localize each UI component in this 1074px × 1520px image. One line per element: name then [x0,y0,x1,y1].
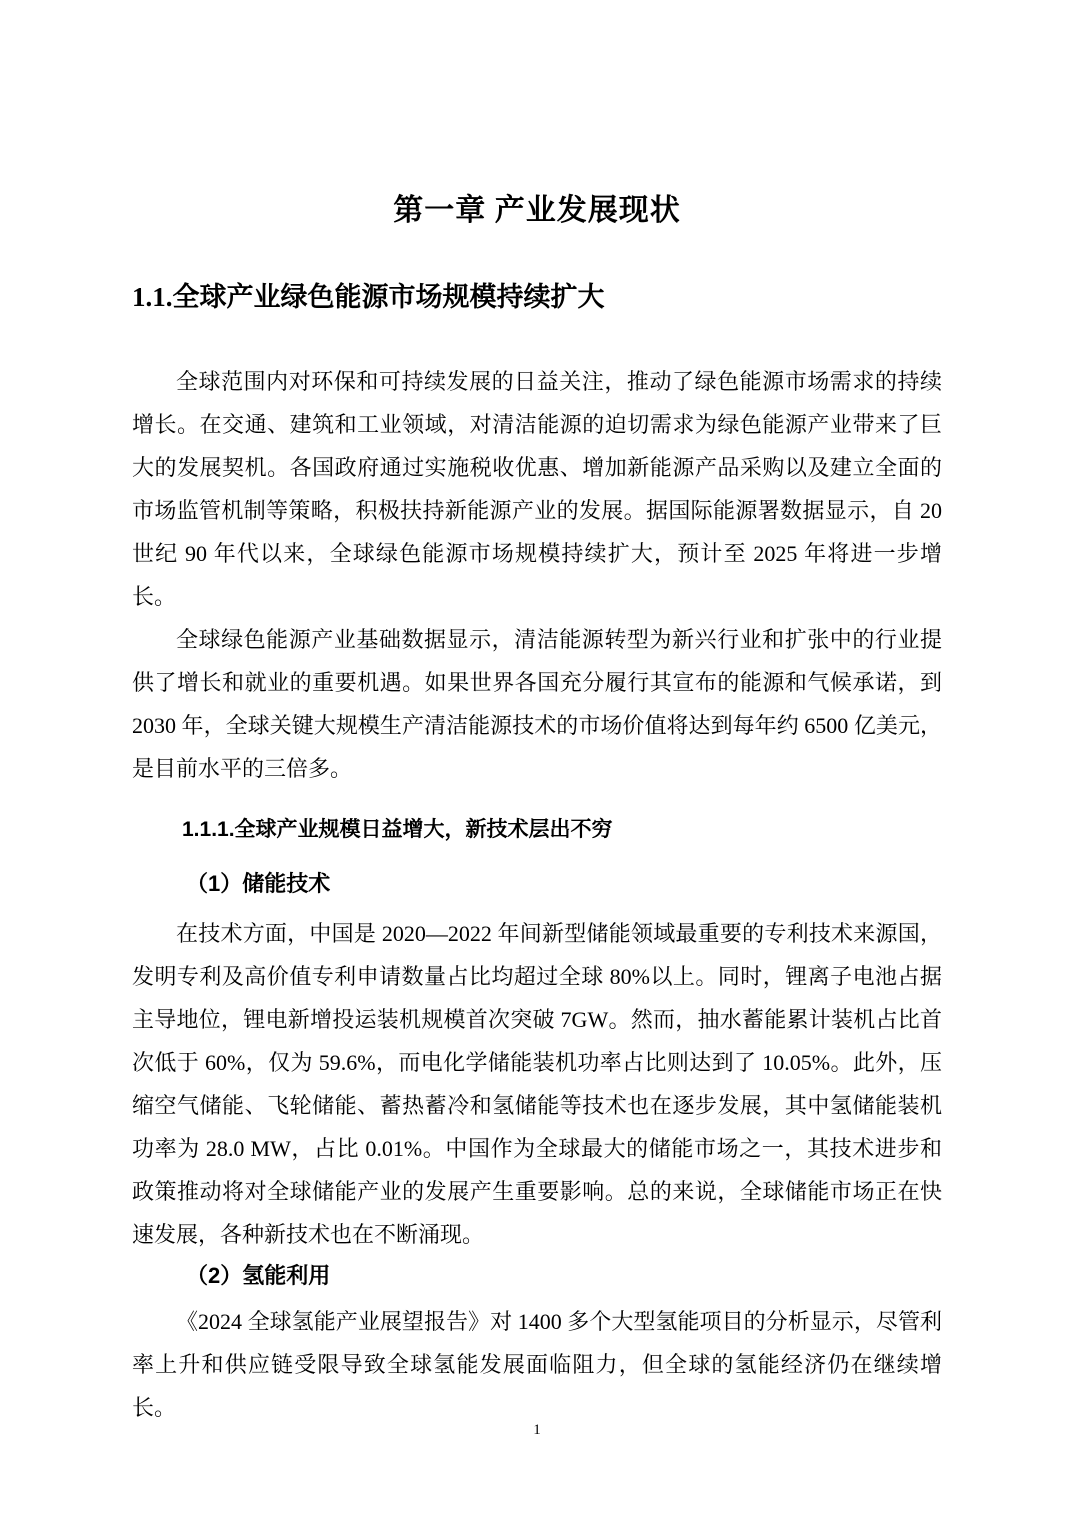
subsection-heading-1-1-1: 1.1.1.全球产业规模日益增大，新技术层出不穷 [132,814,942,846]
paragraph-energy-storage: 在技术方面，中国是 2020—2022 年间新型储能领域最重要的专利技术来源国，… [132,912,942,1256]
section-heading-1-1: 1.1.全球产业绿色能源市场规模持续扩大 [132,278,942,316]
chapter-title: 第一章 产业发展现状 [132,0,942,232]
paragraph-hydrogen: 《2024 全球氢能产业展望报告》对 1400 多个大型氢能项目的分析显示，尽管… [132,1300,942,1429]
item-heading-hydrogen: （2）氢能利用 [132,1260,942,1292]
paragraph-global-demand: 全球范围内对环保和可持续发展的日益关注，推动了绿色能源市场需求的持续增长。在交通… [132,360,942,618]
document-page: 第一章 产业发展现状 1.1.全球产业绿色能源市场规模持续扩大 全球范围内对环保… [0,0,1074,1520]
item-heading-energy-storage: （1）储能技术 [132,868,942,900]
paragraph-industry-data: 全球绿色能源产业基础数据显示，清洁能源转型为新兴行业和扩张中的行业提供了增长和就… [132,618,942,790]
page-content: 第一章 产业发展现状 1.1.全球产业绿色能源市场规模持续扩大 全球范围内对环保… [132,0,942,1429]
page-number: 1 [0,1420,1074,1440]
